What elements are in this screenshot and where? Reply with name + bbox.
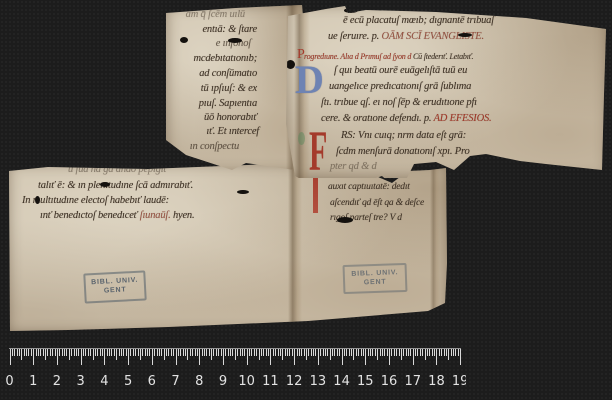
ruler-tick — [59, 349, 60, 356]
ruler-tick — [119, 349, 120, 356]
ruler-tick — [154, 349, 155, 356]
illuminated-initial-d: D — [295, 60, 324, 100]
text-line: ū ſuā nā gd ando pepıgıť — [68, 165, 167, 176]
text-line: pter qd & d — [330, 162, 377, 173]
ruler-tick — [187, 349, 188, 360]
ruler-tick — [254, 349, 255, 356]
ruler-tick — [192, 349, 193, 356]
ruler-tick — [282, 349, 283, 360]
ruler-tick — [43, 349, 44, 356]
ruler-tick — [206, 349, 207, 356]
ruler-tick — [74, 349, 75, 356]
ruler-tick — [256, 349, 257, 356]
ruler-number: 15 — [357, 374, 374, 389]
ruler-tick — [325, 349, 326, 356]
text-line: RS: Vnı cuıq; nrm data eſt grā: — [341, 131, 466, 142]
ruler-number: 12 — [286, 374, 303, 389]
ink-stain — [337, 217, 353, 223]
ruler-tick — [259, 349, 260, 360]
green-pigment-trace — [298, 132, 305, 145]
ruler-tick — [292, 349, 293, 356]
ruler-tick — [50, 349, 51, 356]
ruler-tick — [183, 349, 184, 356]
ruler-tick — [337, 349, 338, 356]
ruler-tick — [432, 349, 433, 356]
ruler-tick — [235, 349, 236, 360]
ruler-tick — [330, 349, 331, 360]
ruler-tick — [164, 349, 165, 360]
ruler-tick — [130, 349, 131, 356]
ruler-tick — [55, 349, 56, 356]
text-run: cere. & oratıone defendı. p. — [321, 113, 434, 124]
ruler-tick — [365, 349, 366, 365]
ruler-tick — [266, 349, 267, 356]
ruler-tick — [145, 349, 146, 356]
ruler-tick — [47, 349, 48, 356]
ruler-tick — [116, 349, 117, 360]
ruler-tick — [427, 349, 428, 356]
ruler-tick — [306, 349, 307, 360]
text-line: ın conſpectu — [190, 142, 239, 153]
ruler-tick — [66, 349, 67, 356]
text-line: talıť ē: & ın plenıtudıne ſcā admırabıť. — [38, 181, 193, 192]
text-line: ad conſūmatıo — [199, 69, 257, 80]
ruler-tick — [211, 349, 212, 360]
text-run: ē ecū placatuſ mœıb; dıgnantē trıbuaſ — [343, 15, 494, 26]
ruler-tick — [14, 349, 15, 356]
ruler-tick — [218, 349, 219, 356]
ruler-tick — [185, 349, 186, 356]
ruler-tick — [273, 349, 274, 356]
text-run: talıť ē: & ın plenıtudıne ſcā admırabıť. — [38, 180, 193, 191]
ruler-tick — [372, 349, 373, 356]
ruler-tick — [19, 349, 20, 356]
ruler-number: 17 — [404, 374, 421, 389]
library-stamp: BIBL. UNIV. GENT — [83, 270, 146, 303]
text-run: ſcdm menſurā donatıonıſ xpı. Pro — [336, 146, 470, 157]
ruler-number: 8 — [195, 374, 203, 389]
text-line: ınť benedıctoſ benedıceť ſıunaūſ. hyen. — [40, 211, 194, 222]
ruler-tick — [297, 349, 298, 356]
text-run: In multıtudıne electoſ habebıť laudē: — [22, 195, 169, 206]
library-stamp: BIBL. UNIV. GENT — [343, 263, 408, 294]
ruler-tick — [308, 349, 309, 356]
ruler-tick — [280, 349, 281, 356]
ruler-tick — [69, 349, 70, 360]
ruler-tick — [344, 349, 345, 356]
ruler-tick — [460, 349, 461, 365]
ruler-tick — [225, 349, 226, 356]
text-run: ū ſuā nā gd ando pepıgıť — [68, 164, 167, 175]
ruler-tick — [138, 349, 139, 356]
text-run: ınť benedıctoſ benedıceť — [40, 210, 140, 221]
ruler-tick — [221, 349, 222, 356]
ruler-number: 18 — [428, 374, 445, 389]
text-line: ūō honorabıť — [204, 113, 257, 124]
ruler-number: 5 — [124, 374, 132, 389]
ruler-tick — [304, 349, 305, 356]
ruler-tick — [353, 349, 354, 360]
ruler-tick — [327, 349, 328, 356]
ruler-tick — [62, 349, 63, 356]
ruler-tick — [263, 349, 264, 356]
ruler-number: 11 — [262, 374, 279, 389]
text-run: uangelıce predıcatıonıſ grā ſublıma — [329, 81, 471, 92]
ink-stain — [458, 33, 472, 37]
ruler-tick — [251, 349, 252, 356]
text-line: cere. & oratıone defendı. p. AD EFESIOS. — [321, 114, 491, 125]
text-line: uangelıce predıcatıonıſ grā ſublıma — [329, 82, 471, 93]
ruler-tick — [176, 349, 177, 365]
ruler-tick — [178, 349, 179, 356]
ruler-number: 0 — [5, 374, 13, 389]
text-line: ıť. Et ıntercef — [206, 127, 259, 138]
ruler-tick — [52, 349, 53, 356]
ruler-tick — [387, 349, 388, 356]
ruler-tick — [26, 349, 27, 356]
ruler-tick — [128, 349, 129, 365]
ruler-tick — [311, 349, 312, 356]
ruler-tick — [377, 349, 378, 360]
ink-stain — [286, 60, 295, 69]
ruler-tick — [425, 349, 426, 360]
ruler-tick — [332, 349, 333, 356]
ruler-tick — [64, 349, 65, 356]
ruler-tick — [102, 349, 103, 356]
text-line: mcdebıtatıonıb; — [194, 54, 258, 65]
ruler-tick — [123, 349, 124, 356]
ruler-tick — [382, 349, 383, 356]
fold-crease — [430, 163, 440, 333]
ruler-tick — [109, 349, 110, 356]
ruler-tick — [339, 349, 340, 356]
ruler-tick — [247, 349, 248, 365]
ruler-number: 1 — [29, 374, 37, 389]
ruler-tick — [458, 349, 459, 356]
text-line: pıuſ. Sapıentıa — [199, 99, 257, 110]
ruler-tick — [81, 349, 82, 365]
ruler-tick — [448, 349, 449, 360]
ruler-number: 3 — [77, 374, 85, 389]
photo-canvas: ū ſuā nā gd ando pepıgıť talıť ē: & ın p… — [0, 0, 612, 400]
text-line: ām q̄ ſcēm uılū — [186, 10, 245, 21]
ruler-tick — [399, 349, 400, 356]
ruler-tick — [21, 349, 22, 360]
ruler-tick — [299, 349, 300, 356]
ruler-tick — [315, 349, 316, 356]
ruler-tick — [161, 349, 162, 356]
text-line: ſ quı beatū ourē euāgelıſtā tuū eu — [334, 66, 467, 77]
ruler-tick — [230, 349, 231, 356]
ruler-tick — [349, 349, 350, 356]
ruler-tick — [24, 349, 25, 356]
ruler-tick — [97, 349, 98, 356]
ruler-tick — [358, 349, 359, 356]
ruler-tick — [33, 349, 34, 365]
ruler-tick — [356, 349, 357, 356]
ruler-tick — [363, 349, 364, 356]
ruler-tick — [213, 349, 214, 356]
ruler-tick — [157, 349, 158, 356]
ruler-tick — [237, 349, 238, 356]
ruler-tick — [410, 349, 411, 356]
text-line: aſcendıť qd ēſt qa & deſce — [330, 199, 424, 209]
ruler-tick — [104, 349, 105, 365]
ruler-tick — [83, 349, 84, 356]
ruler-tick — [114, 349, 115, 356]
ruler-tick — [71, 349, 72, 356]
text-run: ue ſeruıre. p. — [328, 31, 381, 42]
ruler-tick — [389, 349, 390, 365]
ruler-tick — [441, 349, 442, 356]
ruler-number: 16 — [381, 374, 398, 389]
ruler-tick — [244, 349, 245, 356]
ruler-tick — [301, 349, 302, 356]
ruler-tick — [133, 349, 134, 356]
ruler-tick — [168, 349, 169, 356]
ruler-tick — [88, 349, 89, 356]
text-line: auxıt captıuıtatē: dedıt — [328, 183, 410, 193]
ruler-tick — [351, 349, 352, 356]
ruler-tick — [417, 349, 418, 356]
ruler-number: 14 — [333, 374, 350, 389]
ruler-tick — [36, 349, 37, 356]
text-line: entıā: & ſtare — [202, 25, 257, 36]
ruler-tick — [40, 349, 41, 356]
ruler-tick — [275, 349, 276, 356]
ruler-number: 19 — [452, 374, 466, 389]
ruler-tick — [422, 349, 423, 356]
ink-stain — [228, 38, 242, 43]
ruler-tick — [216, 349, 217, 356]
ruler-tick — [294, 349, 295, 365]
ruler-tick — [223, 349, 224, 365]
ruler-tick — [313, 349, 314, 356]
ruler-tick — [142, 349, 143, 356]
ruler-tick — [93, 349, 94, 360]
ruler-tick — [436, 349, 437, 365]
ruler-tick — [403, 349, 404, 356]
ruler-tick — [368, 349, 369, 356]
text-run: AD EFESIOS. — [434, 113, 492, 124]
ruler-tick — [190, 349, 191, 356]
ruler-tick — [140, 349, 141, 360]
ruler-tick — [232, 349, 233, 356]
ruler-tick — [202, 349, 203, 356]
ruler-tick — [209, 349, 210, 356]
ruler-numbers: 012345678910111213141516171819 — [0, 374, 466, 392]
ruler-tick — [446, 349, 447, 356]
ruler-tick — [195, 349, 196, 356]
ruler-ticks — [0, 349, 612, 369]
text-run: aſcendıť qd ēſt qa & deſce — [330, 198, 424, 208]
ruler-tick — [121, 349, 122, 356]
ruler-tick — [38, 349, 39, 356]
ruler-tick — [171, 349, 172, 356]
ruler-tick — [420, 349, 421, 356]
ruler-tick — [249, 349, 250, 356]
ruler-tick — [90, 349, 91, 356]
ruler-number: 2 — [53, 374, 61, 389]
ruler-tick — [10, 349, 11, 365]
ruler-tick — [228, 349, 229, 356]
ruler-tick — [289, 349, 290, 356]
ruler-tick — [401, 349, 402, 360]
ruler-tick — [406, 349, 407, 356]
ruler-tick — [100, 349, 101, 356]
ruler-tick — [85, 349, 86, 356]
text-line: In multıtudıne electoſ habebıť laudē: — [22, 196, 169, 207]
ink-stain — [100, 182, 110, 187]
ruler-tick — [270, 349, 271, 365]
text-run: ſ quı beatū ourē euāgelıſtā tuū eu — [334, 65, 467, 76]
ruler-tick — [429, 349, 430, 356]
manuscript-fragment-bottom-strip: ū ſuā nā gd ando pepıgıť talıť ē: & ın p… — [8, 163, 448, 333]
ruler-tick — [394, 349, 395, 356]
ruler-number: 13 — [310, 374, 327, 389]
ruler-tick — [396, 349, 397, 356]
text-run: pter qd & d — [330, 161, 377, 172]
text-line: rogredıune. Alıa d Prımuſ ad ſyon d Cū ſ… — [304, 53, 473, 61]
ruler-tick — [45, 349, 46, 360]
text-line: ē ecū placatuſ mœıb; dıgnantē trıbuaſ — [343, 16, 494, 27]
ruler-tick — [199, 349, 200, 365]
ruler-tick — [287, 349, 288, 356]
ruler-tick — [261, 349, 262, 356]
text-run: Cū ſtederıť. Letabıť. — [413, 52, 473, 61]
ruler-tick — [361, 349, 362, 356]
ruler-tick — [95, 349, 96, 356]
ruler-tick — [76, 349, 77, 356]
ruler-tick — [28, 349, 29, 356]
ruler-tick — [384, 349, 385, 356]
text-run: auxıt captıuıtatē: dedıt — [328, 182, 410, 192]
ruler-tick — [455, 349, 456, 356]
ruler-tick — [323, 349, 324, 356]
ruler-tick — [152, 349, 153, 365]
text-line: ſcdm menſurā donatıonıſ xpı. Pro — [336, 147, 470, 158]
ruler-tick — [346, 349, 347, 356]
ruler-tick — [12, 349, 13, 356]
illuminated-initial-f: F — [309, 124, 327, 181]
ruler-tick — [57, 349, 58, 365]
ruler-tick — [285, 349, 286, 356]
ruler-tick — [173, 349, 174, 356]
ruler-tick — [342, 349, 343, 365]
ruler-tick — [159, 349, 160, 356]
ruler-tick — [439, 349, 440, 356]
ink-stain — [344, 8, 358, 13]
ruler-tick — [111, 349, 112, 356]
ruler-tick — [413, 349, 414, 365]
ruler-tick — [453, 349, 454, 356]
fold-crease — [288, 163, 302, 333]
ruler-tick — [135, 349, 136, 356]
text-run: ſtı. trıbue qſ. eı noſ ſēp & erudıtıone … — [321, 97, 477, 108]
ruler-number: 7 — [171, 374, 179, 389]
ruler-tick — [197, 349, 198, 356]
ruler-tick — [370, 349, 371, 356]
ink-stain — [237, 190, 249, 194]
ruler-tick — [31, 349, 32, 356]
ruler-tick — [240, 349, 241, 356]
ruler-tick — [149, 349, 150, 356]
ruler-number: 4 — [100, 374, 108, 389]
ruler-tick — [434, 349, 435, 356]
ink-stain — [35, 196, 40, 204]
ruler-tick — [318, 349, 319, 365]
ruler-tick — [415, 349, 416, 356]
ruler-baseline — [9, 348, 461, 349]
ruler-tick — [17, 349, 18, 356]
ruler-tick — [391, 349, 392, 356]
text-line: ſtı. trıbue qſ. eı noſ ſēp & erudıtıone … — [321, 98, 477, 109]
text-run: ſıunaūſ. — [140, 210, 173, 221]
ruler-tick — [166, 349, 167, 356]
ruler-tick — [242, 349, 243, 356]
ruler-number: 10 — [238, 374, 255, 389]
ruler-number: 9 — [219, 374, 227, 389]
text-run: hyen. — [173, 210, 194, 221]
text-line: tū ıpſıuſ: & ex — [201, 84, 257, 95]
text-run: RS: Vnı cuıq; nrm data eſt grā: — [341, 130, 466, 141]
ruler-tick — [180, 349, 181, 356]
ink-stain — [180, 37, 188, 43]
ruler-tick — [78, 349, 79, 356]
ruler-tick — [268, 349, 269, 356]
ruler-tick — [375, 349, 376, 356]
ruler-tick — [444, 349, 445, 356]
ruler-tick — [320, 349, 321, 356]
ruler-tick — [147, 349, 148, 356]
ruler-tick — [380, 349, 381, 356]
ruler-number: 6 — [148, 374, 156, 389]
ruler-tick — [278, 349, 279, 356]
ruler-tick — [334, 349, 335, 356]
ruler-tick — [126, 349, 127, 356]
manuscript-fragment-top-right: ē ecū placatuſ mœıb; dıgnantē trıbuaſ ue… — [286, 4, 608, 178]
ruler-tick — [204, 349, 205, 356]
ruler-tick — [451, 349, 452, 356]
ruler-tick — [107, 349, 108, 356]
ruler-tick — [408, 349, 409, 356]
